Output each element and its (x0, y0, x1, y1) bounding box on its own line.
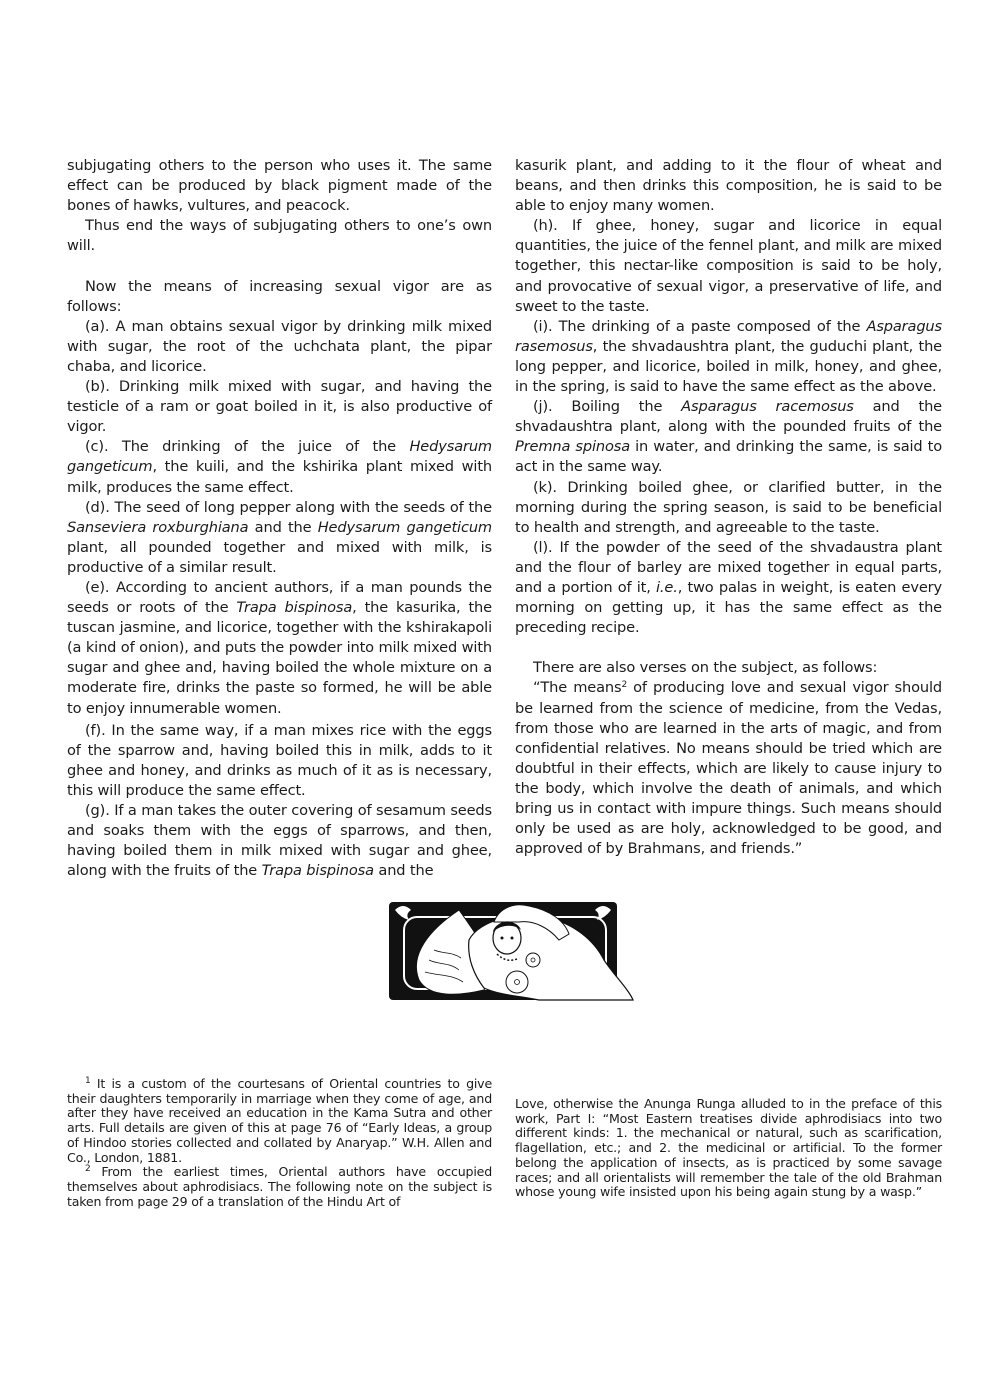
footnote-2: 2 From the earliest times, Oriental auth… (67, 1165, 492, 1209)
botanical-name: Trapa bispinosa (262, 862, 374, 879)
paragraph-recipe-d: (d). The seed of long pepper along with … (67, 498, 492, 578)
footnote-1: 1 It is a custom of the courtesans of Or… (67, 1077, 492, 1165)
right-column: kasurik plant, and adding to it the flou… (515, 156, 942, 859)
paragraph: subjugating others to the person who use… (67, 156, 492, 216)
paragraph: Thus end the ways of subjugating others … (67, 216, 492, 256)
left-column: subjugating others to the person who use… (67, 156, 492, 881)
footnotes-left: 1 It is a custom of the courtesans of Or… (67, 1077, 492, 1209)
paragraph-recipe-j: (j). Boiling the Asparagus racemosus and… (515, 397, 942, 477)
paragraph-recipe-a: (a). A man obtains sexual vigor by drink… (67, 317, 492, 377)
abbreviation: i.e. (656, 579, 678, 596)
paragraph: Now the means of increasing sexual vigor… (67, 277, 492, 317)
paragraph-recipe-k: (k). Drinking boiled ghee, or clarified … (515, 478, 942, 538)
paragraph-recipe-e: (e). According to ancient authors, if a … (67, 578, 492, 719)
paragraph-verses-intro: There are also verses on the subject, as… (515, 658, 942, 678)
paragraph-recipe-l: (l). If the powder of the seed of the sh… (515, 538, 942, 638)
paragraph-recipe-f: (f). In the same way, if a man mixes ric… (67, 721, 492, 801)
footnote-2-continued: Love, otherwise the Anunga Runga alluded… (515, 1097, 942, 1200)
paragraph-recipe-h: (h). If ghee, honey, sugar and licorice … (515, 216, 942, 316)
ornamental-illustration (389, 900, 634, 1004)
footnotes-right: Love, otherwise the Anunga Runga alluded… (515, 1097, 942, 1200)
paragraph-recipe-c: (c). The drinking of the juice of the He… (67, 437, 492, 497)
botanical-name: Asparagus racemosus (681, 398, 854, 415)
reclining-figure-icon (389, 900, 634, 1004)
botanical-name: Premna spinosa (515, 438, 630, 455)
paragraph-recipe-g: (g). If a man takes the outer covering o… (67, 801, 492, 881)
paragraph: kasurik plant, and adding to it the flou… (515, 156, 942, 216)
botanical-name: Sanseviera roxburghiana (67, 519, 248, 536)
paragraph-recipe-i: (i). The drinking of a paste composed of… (515, 317, 942, 397)
botanical-name: Trapa bispinosa (236, 599, 352, 616)
botanical-name: Hedysarum gangeticum (318, 519, 492, 536)
paragraph-recipe-b: (b). Drinking milk mixed with sugar, and… (67, 377, 492, 437)
paragraph-verse-quote: “The means2 of producing love and sexual… (515, 678, 942, 859)
